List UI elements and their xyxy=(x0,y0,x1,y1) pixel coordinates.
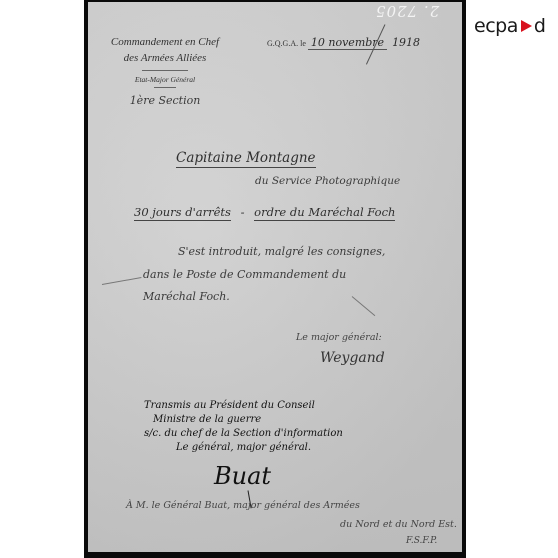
logo-text-right: d xyxy=(534,17,546,36)
dateline: G.Q.G.A. le 10 novembre 1918 xyxy=(267,36,423,49)
letterhead-line-2: des Armées Alliées xyxy=(100,52,230,64)
transmission-line-2: Ministre de la guerre xyxy=(153,414,261,425)
dateline-year: 1918 xyxy=(389,36,423,49)
transmission-signature: Buat xyxy=(214,462,271,490)
archive-number: 2. 7205 xyxy=(375,2,439,20)
dateline-place: G.Q.G.A. le xyxy=(267,39,306,48)
logo-text-left: ecpa xyxy=(474,17,518,36)
transmission-line-3: s/c. du chef de la Section d'information xyxy=(144,428,343,439)
letterhead-line-1: Commandement en Chef xyxy=(100,36,230,48)
signoff-title: Le major général: xyxy=(296,332,382,343)
footer-line-1: À M. le Général Buat, major général des … xyxy=(126,500,360,511)
transmission-line-4: Le général, major général. xyxy=(176,442,311,453)
body-line-1: S'est introduit, malgré les consignes, xyxy=(178,245,385,258)
signoff-signature: Weygand xyxy=(320,350,385,366)
sanction-line: 30 jours d'arrêts - ordre du Maréchal Fo… xyxy=(134,205,395,219)
letterhead: Commandement en Chef des Armées Alliées … xyxy=(100,36,230,107)
footer-line-2: du Nord et du Nord Est. xyxy=(340,519,457,530)
sanction-separator: - xyxy=(241,205,245,219)
body-line-3: Maréchal Foch. xyxy=(143,290,230,303)
sanction-order: ordre du Maréchal Foch xyxy=(254,205,395,221)
letterhead-divider xyxy=(142,70,188,71)
transmission-line-1: Transmis au Président du Conseil xyxy=(144,400,315,411)
letterhead-divider-small xyxy=(154,87,176,88)
archive-viewer: 2. 7205 ecpa d Commandement en Chef des … xyxy=(0,0,558,558)
recipient-name: Capitaine Montagne xyxy=(176,150,316,166)
play-arrow-icon xyxy=(521,20,532,32)
footer-initials: F.S.F.P. xyxy=(406,536,437,546)
letterhead-line-3: Etat-Major Général xyxy=(100,75,230,84)
ecpad-logo[interactable]: ecpa d xyxy=(468,10,549,42)
recipient-service: du Service Photographique xyxy=(255,175,400,187)
letterhead-section: 1ère Section xyxy=(100,94,230,107)
sanction-penalty: 30 jours d'arrêts xyxy=(134,205,231,221)
body-line-2: dans le Poste de Commandement du xyxy=(143,268,346,281)
